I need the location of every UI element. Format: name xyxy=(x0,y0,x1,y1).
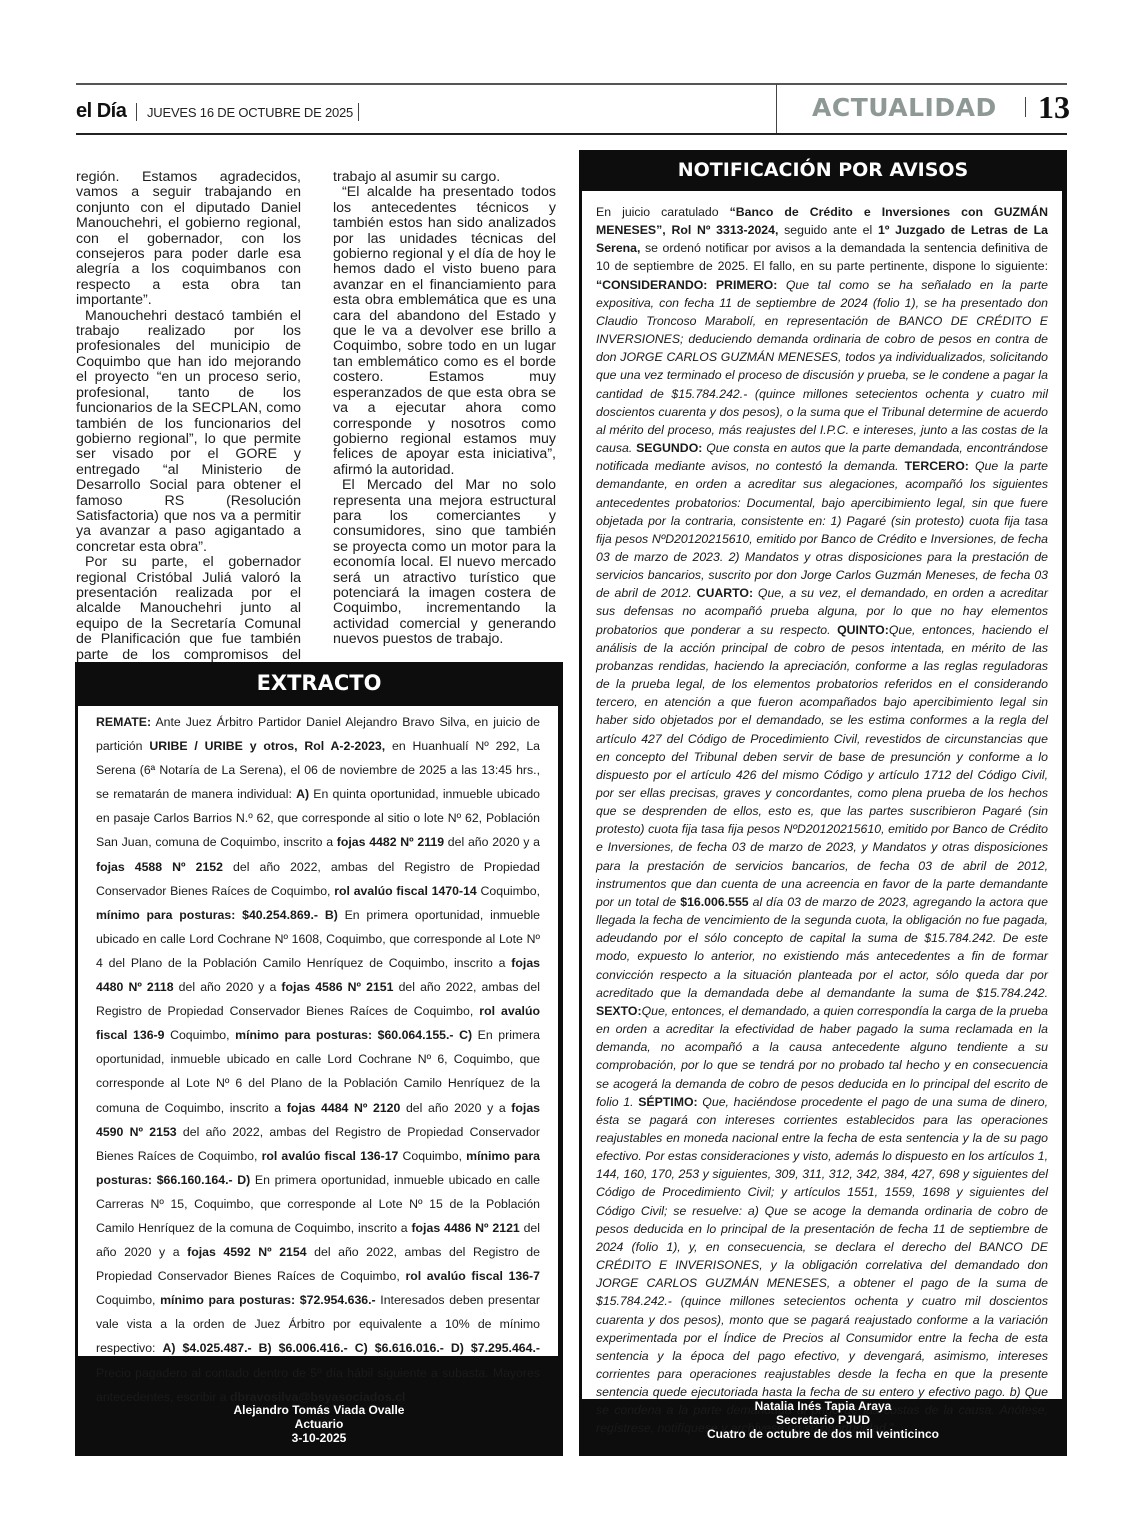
text-run: TERCERO: xyxy=(905,459,969,473)
text-run: Que, haciéndose procedente el pago de un… xyxy=(596,1095,1048,1436)
text-run: fojas 4482 Nº 2119 xyxy=(337,835,444,849)
newspaper-logo: el Día xyxy=(76,100,126,123)
text-run: mínimo para posturas: $72.954.636.- xyxy=(160,1293,376,1307)
notice-title: NOTIFICACIÓN POR AVISOS xyxy=(579,159,1067,181)
text-run: SÉPTIMO: xyxy=(638,1095,697,1109)
text-run: mínimo para posturas: $40.254.869.- B) xyxy=(96,908,338,922)
text-run: Coquimbo, xyxy=(164,1028,235,1042)
text-run: Que, entonces, el demandado, a quien cor… xyxy=(596,1004,1048,1109)
text-run: Que, entonces, haciendo el análisis de l… xyxy=(596,623,1048,909)
signature-date: 3-10-2025 xyxy=(75,1431,563,1445)
signer-name: Alejandro Tomás Viada Ovalle xyxy=(75,1403,563,1417)
text-run: del año 2020 y a xyxy=(400,1101,511,1115)
text-run: fojas 4484 Nº 2120 xyxy=(287,1101,401,1115)
signature-date: Cuatro de octubre de dos mil veinticinco xyxy=(579,1427,1067,1441)
text-run: rol avalúo fiscal 136-7 xyxy=(405,1269,540,1283)
article-paragraph: Manouchehri destacó también el trabajo r… xyxy=(76,309,301,556)
text-run: fojas 4586 Nº 2151 xyxy=(281,980,393,994)
text-run: fojas 4486 Nº 2121 xyxy=(411,1221,519,1235)
notice-signature: Alejandro Tomás Viada Ovalle Actuario 3-… xyxy=(75,1403,563,1445)
article-paragraph: El Mercado del Mar no solo representa un… xyxy=(333,478,556,647)
text-run: Que la parte demandante, en orden a acre… xyxy=(596,459,1048,600)
article-column-2: trabajo al asumir su cargo. “El alcalde … xyxy=(333,170,556,648)
text-run: Coquimbo, xyxy=(398,1149,466,1163)
text-run: seguido ante el xyxy=(778,223,878,237)
text-run: A) xyxy=(296,787,309,801)
text-run: mínimo para posturas: $60.064.155.- C) xyxy=(235,1028,472,1042)
text-run: del año 2020 y a xyxy=(444,835,540,849)
notice-body: REMATE: Ante Juez Árbitro Partidor Danie… xyxy=(78,706,558,1356)
text-run: A) $4.025.487.- B) $6.006.416.- C) $6.61… xyxy=(163,1341,540,1355)
article-column-1: región. Estamos agradecidos, vamos a seg… xyxy=(76,170,301,678)
text-run: Coquimbo, xyxy=(96,1293,160,1307)
text-run: REMATE: xyxy=(96,715,151,729)
text-run: Que tal como se ha señalado en la parte … xyxy=(596,278,1048,455)
text-run: se ordenó notificar por avisos a la dema… xyxy=(596,241,1048,273)
text-run: fojas 4592 Nº 2154 xyxy=(187,1245,306,1259)
text-run: QUINTO: xyxy=(837,623,889,637)
notificacion-notice: NOTIFICACIÓN POR AVISOS En juicio caratu… xyxy=(579,150,1067,1456)
section-name: ACTUALIDAD xyxy=(812,93,997,122)
article-paragraph: región. Estamos agradecidos, vamos a seg… xyxy=(76,170,301,309)
text-run: Coquimbo, xyxy=(477,884,540,898)
text-run: CUARTO: xyxy=(697,586,753,600)
header-divider xyxy=(776,84,777,134)
notice-signature: Natalia Inés Tapia Araya Secretario PJUD… xyxy=(579,1399,1067,1441)
text-run: rol avalúo fiscal 1470-14 xyxy=(334,884,477,898)
text-run: del año 2020 y a xyxy=(174,980,282,994)
header-rule-top xyxy=(76,83,1067,85)
signer-name: Natalia Inés Tapia Araya xyxy=(579,1399,1067,1413)
header-rule-bottom xyxy=(76,133,1067,135)
text-run: SEXTO: xyxy=(596,1004,642,1018)
article-paragraph: Por su parte, el gobernador regional Cri… xyxy=(76,555,301,678)
text-run: En juicio caratulado xyxy=(596,205,730,219)
article-paragraph: “El alcalde ha presentado todos los ante… xyxy=(333,185,556,478)
page-number: 13 xyxy=(1038,89,1070,126)
header-divider xyxy=(136,103,137,121)
extracto-notice: EXTRACTO REMATE: Ante Juez Árbitro Parti… xyxy=(75,662,563,1456)
notice-text: En juicio caratulado “Banco de Crédito e… xyxy=(596,205,1048,1435)
text-run: al día 03 de marzo de 2023, agregando la… xyxy=(596,895,1048,1000)
text-run: $16.006.555 xyxy=(680,895,748,909)
text-run: fojas 4588 Nº 2152 xyxy=(96,860,223,874)
header-divider xyxy=(1025,97,1026,117)
notice-title: EXTRACTO xyxy=(75,671,563,695)
article-paragraph: trabajo al asumir su cargo. xyxy=(333,170,556,185)
signer-role: Secretario PJUD xyxy=(579,1413,1067,1427)
notice-body: En juicio caratulado “Banco de Crédito e… xyxy=(582,191,1062,1399)
text-run: dbravosilva@bsyasociados.cl xyxy=(230,1390,405,1404)
header-divider xyxy=(358,103,359,121)
text-run: rol avalúo fiscal 136-17 xyxy=(262,1149,399,1163)
issue-date: JUEVES 16 DE OCTUBRE DE 2025 xyxy=(147,105,353,120)
text-run: “CONSIDERANDO: PRIMERO: xyxy=(596,278,777,292)
signer-role: Actuario xyxy=(75,1417,563,1431)
notice-text: REMATE: Ante Juez Árbitro Partidor Danie… xyxy=(96,715,540,1404)
text-run: URIBE / URIBE y otros, Rol A-2-2023, xyxy=(149,739,385,753)
text-run: SEGUNDO: xyxy=(636,441,702,455)
